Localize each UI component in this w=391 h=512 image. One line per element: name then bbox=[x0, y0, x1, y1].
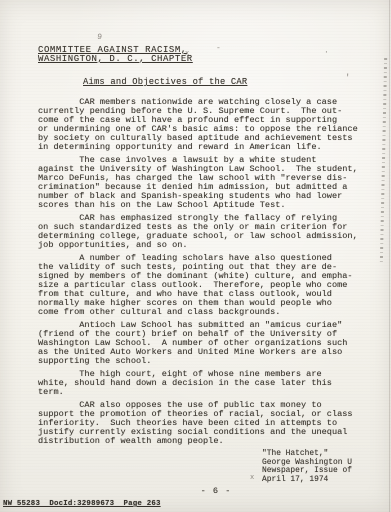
scan-artifact: x bbox=[185, 50, 189, 58]
paragraph-test-fallacy: CAR has emphasized strongly the fallacy … bbox=[38, 214, 370, 250]
paragraph-high-court: The high court, eight of whose nine memb… bbox=[38, 370, 370, 397]
page-edge-line bbox=[389, 0, 390, 512]
paragraph-supreme-court-case: CAR members nationwide are watching clos… bbox=[38, 98, 370, 152]
scan-artifact: ' bbox=[345, 74, 350, 82]
header-line-2: WASHINGTON, D. C., CHAPTER bbox=[38, 55, 370, 64]
document-content: COMMITTEE AGAINST RACISM, WASHINGTON, D.… bbox=[38, 46, 370, 496]
footer-archive-stamp: NW 55283 DocId:32989673 Page 263 bbox=[3, 500, 161, 508]
page-number: - 6 - bbox=[38, 487, 370, 496]
scan-artifact: - bbox=[216, 45, 221, 53]
scan-edge-smudge bbox=[380, 58, 387, 263]
document-page: COMMITTEE AGAINST RACISM, WASHINGTON, D.… bbox=[0, 0, 391, 512]
paragraph-scholars-question: A number of leading scholars have also q… bbox=[38, 254, 370, 317]
paragraph-public-tax-money: CAR also opposes the use of public tax m… bbox=[38, 401, 370, 446]
citation-block: "The Hatchet," George Washington U Newsp… bbox=[262, 450, 370, 485]
scan-artifact: x bbox=[250, 474, 254, 482]
paragraph-amicus-curiae: Antioch Law School has submitted an "ami… bbox=[38, 321, 370, 366]
paragraph-defunis-lawsuit: The case involves a lawsuit by a white s… bbox=[38, 156, 370, 210]
scan-artifact: 9 bbox=[96, 34, 102, 43]
org-header: COMMITTEE AGAINST RACISM, WASHINGTON, D.… bbox=[38, 46, 370, 64]
doc-title: Aims and Objectives of the CAR bbox=[83, 78, 247, 87]
scan-artifact: · bbox=[324, 49, 329, 57]
